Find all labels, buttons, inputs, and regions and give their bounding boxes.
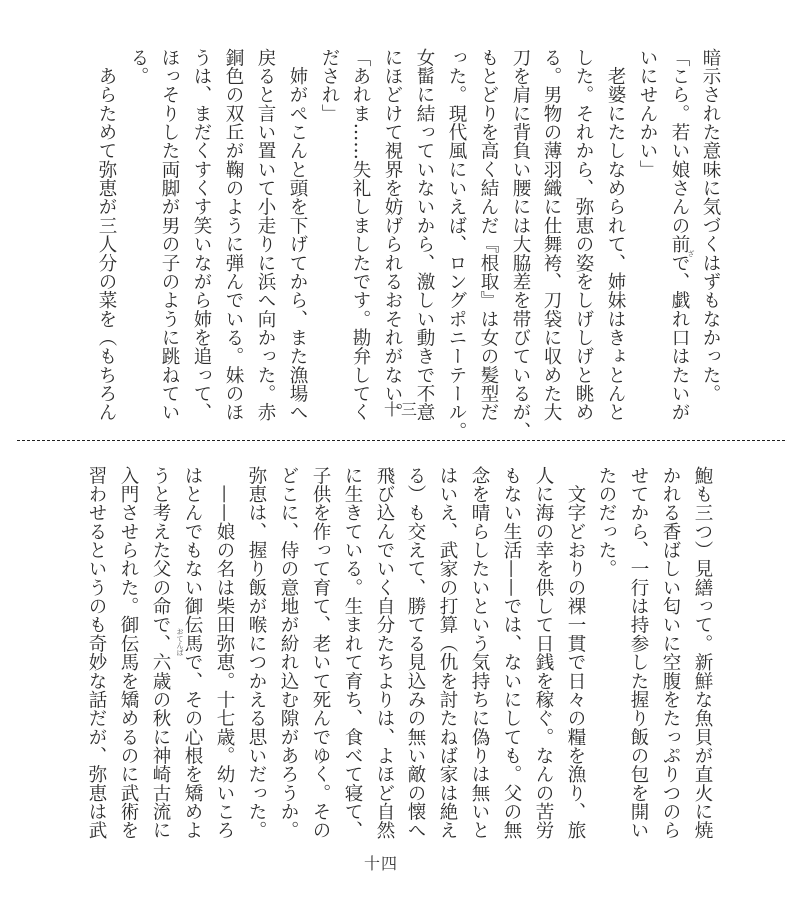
page-lower: 鮑も三つ）見繕って。新鮮な魚貝が直火に焼 かれる香ばしい匂いに空腹をたっぷりつの… bbox=[0, 0, 800, 900]
text-column: 子供を作って育て、老いて死んでゆく。その bbox=[309, 466, 331, 840]
text-column: はいえ、武家の打算（仇を討たねば家は絶え bbox=[436, 466, 458, 840]
text-column: 入門させられた。御伝馬を矯めるのに武術を bbox=[117, 466, 139, 840]
text-column: もない生活——では、ないにしても。父の無 bbox=[500, 466, 522, 840]
text-column: る）も交えて、勝てる見込みの無い敵の懐へ bbox=[404, 466, 426, 840]
text-column: 人に海の幸を供して日銭を稼ぐ。なんの苦労 bbox=[532, 466, 554, 840]
text-column: どこに、侍の意地が紛れ込む隙があろうか。 bbox=[277, 466, 299, 840]
text-column: 弥恵は、握り飯が喉につかえる思いだった。 bbox=[245, 466, 267, 840]
text-column: かれる香ばしい匂いに空腹をたっぷりつのら bbox=[659, 466, 681, 840]
text-column: 鮑も三つ）見繕って。新鮮な魚貝が直火に焼 bbox=[691, 466, 713, 840]
text-column: 念を晴らしたいという気持ちに偽りは無いと bbox=[468, 466, 490, 840]
text-column: せてから、一行は持参した握り飯の包を開い bbox=[627, 466, 649, 840]
section-number: 十四 bbox=[364, 851, 398, 874]
text-column: ——娘の名は柴田弥恵。十七歳。幼いころ bbox=[213, 466, 235, 840]
text-column: 飛び込んでいく自分たちよりは、よほど自然 bbox=[373, 466, 395, 840]
text-column: 文字どおりの裸一貫で日々の糧を漁り、旅 bbox=[564, 466, 586, 840]
text-column: うと考えた父の命で、六歳の秋に神崎古流に bbox=[149, 466, 171, 840]
text-column: たのだった。 bbox=[595, 466, 617, 578]
text-column: 習わせるというのも奇妙な話だが、弥恵は武 bbox=[85, 466, 107, 840]
text-column: に生きている。生まれて育ち、食べて寝て、 bbox=[341, 466, 363, 840]
ruby-annotation: おてんば bbox=[175, 628, 185, 656]
